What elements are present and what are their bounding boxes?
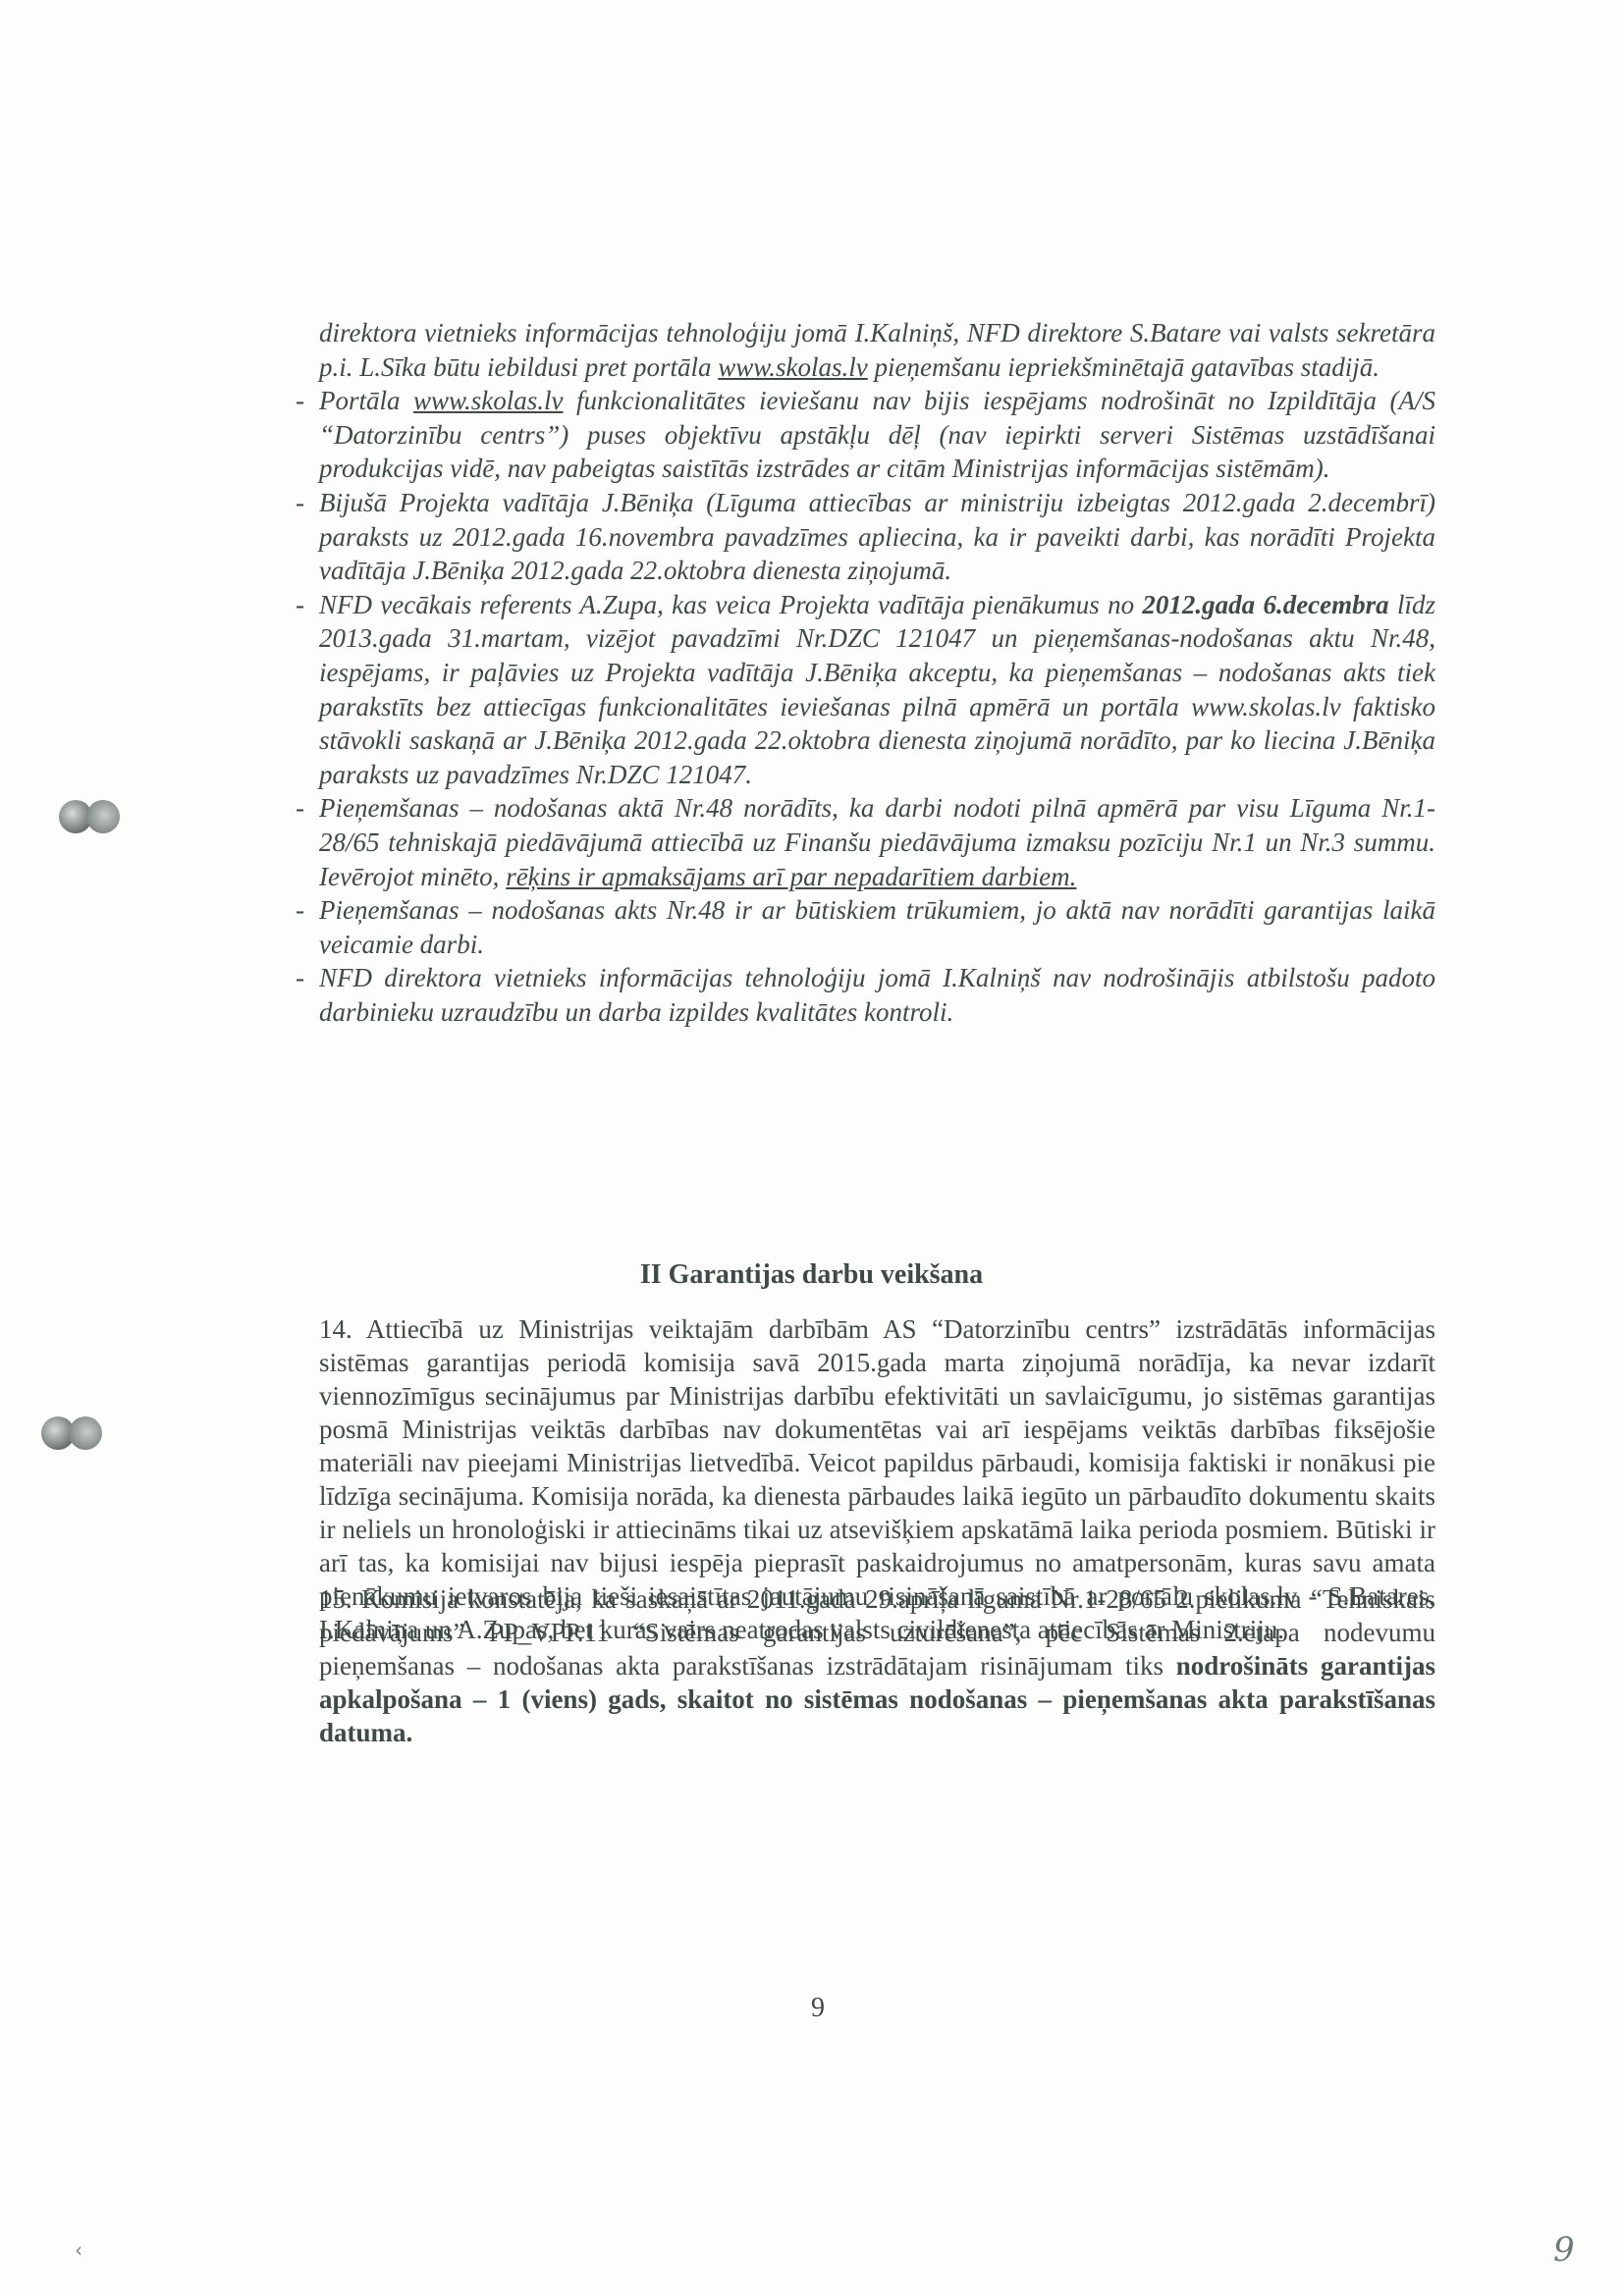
intro-paragraph: direktora vietnieks informācijas tehnolo… (319, 316, 1435, 384)
skolas-link[interactable]: www.skolas.lv (718, 352, 868, 382)
paragraph-15: 15. Komisija konstatēja, ka saskaņā ar 2… (319, 1582, 1435, 1749)
list-item: -Pieņemšanas – nodošanas akts Nr.48 ir a… (319, 893, 1435, 961)
handwritten-page-number: 9 (1553, 2230, 1575, 2269)
document-page: direktora vietnieks informācijas tehnolo… (0, 0, 1623, 2296)
punch-hole-icon (86, 800, 120, 833)
corner-mark: ‹ (75, 2238, 82, 2262)
punch-hole-icon (69, 1416, 102, 1450)
list-item: -NFD direktora vietnieks informācijas te… (319, 961, 1435, 1029)
list-item: -Bijušā Projekta vadītāja J.Bēniķa (Līgu… (319, 486, 1435, 588)
list-item: -Pieņemšanas – nodošanas aktā Nr.48 norā… (319, 791, 1435, 893)
underlined-conclusion: rēķins ir apmaksājams arī par nepadarīti… (506, 862, 1076, 891)
section-heading: II Garantijas darbu veikšana (0, 1259, 1623, 1291)
page-number: 9 (811, 1993, 825, 2024)
list-item: -Portāla www.skolas.lv funkcionalitātes … (319, 384, 1435, 486)
findings-list: direktora vietnieks informācijas tehnolo… (319, 316, 1435, 1029)
skolas-link[interactable]: www.skolas.lv (413, 386, 564, 415)
list-item: -NFD vecākais referents A.Zupa, kas veic… (319, 588, 1435, 792)
bold-date: 2012.gada 6.decembra (1142, 590, 1388, 619)
